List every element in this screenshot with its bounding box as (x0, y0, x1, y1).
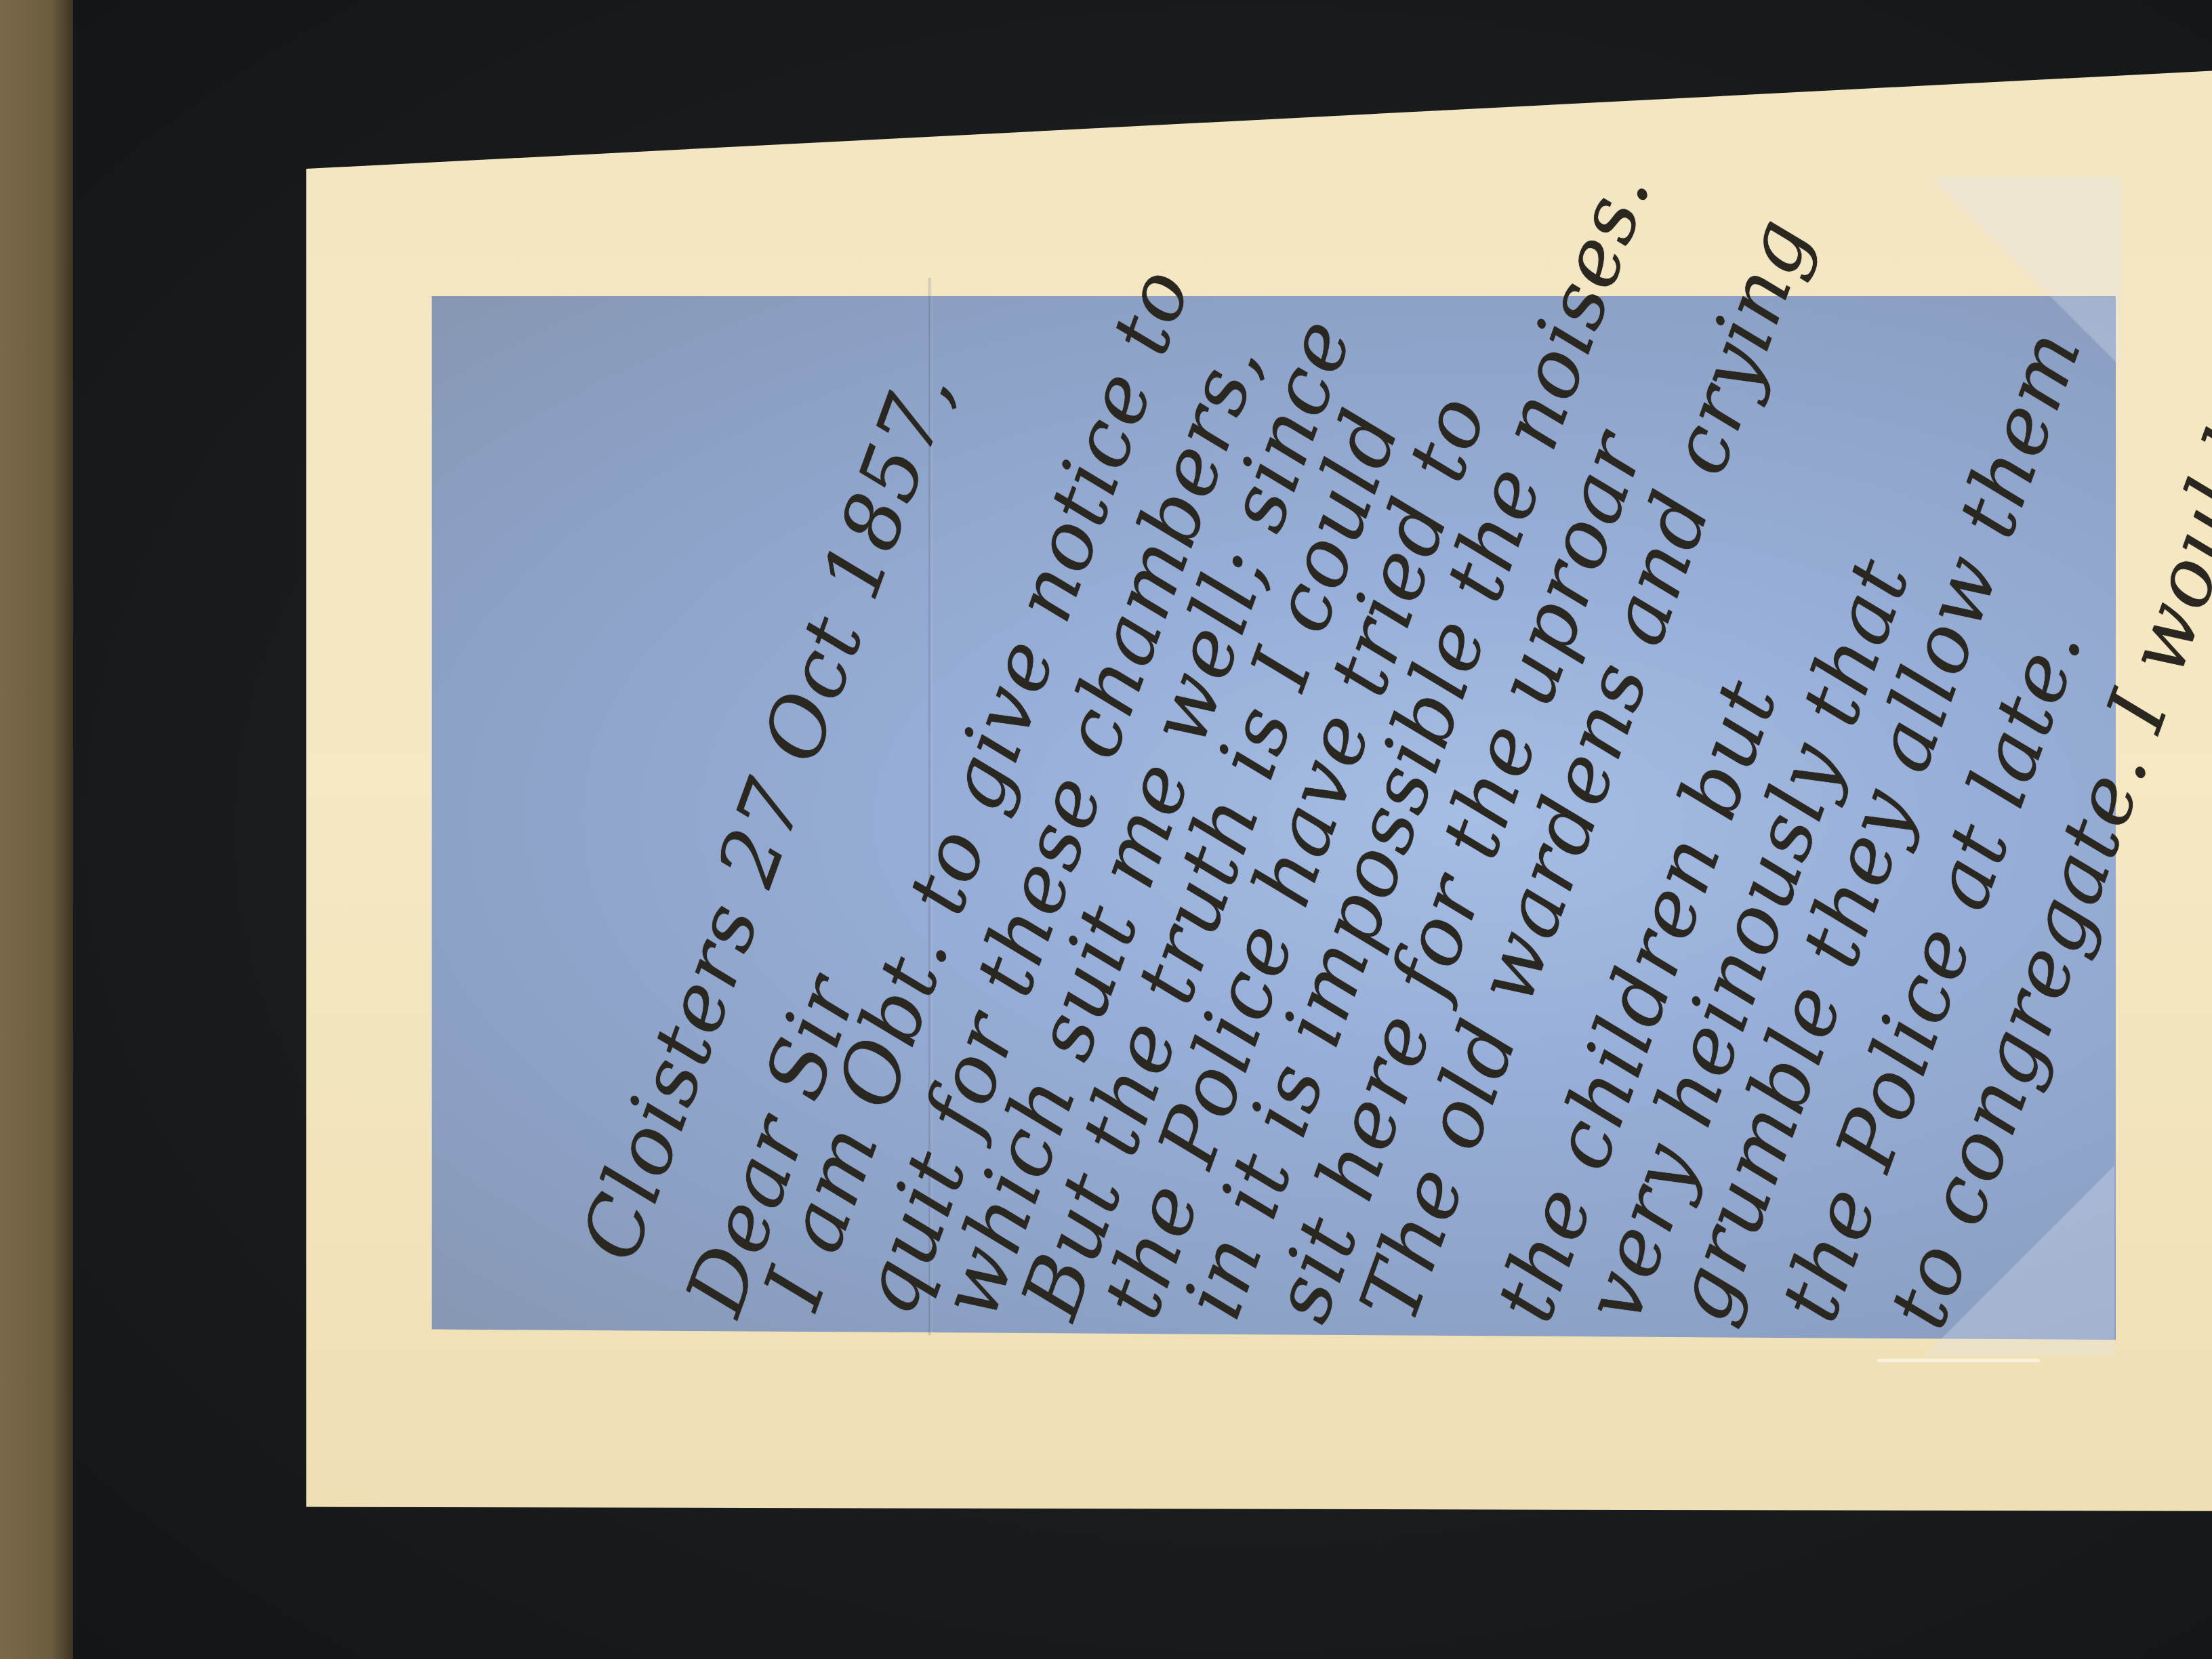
wall-background (0, 0, 73, 1659)
glass-glare (1877, 1359, 2040, 1362)
